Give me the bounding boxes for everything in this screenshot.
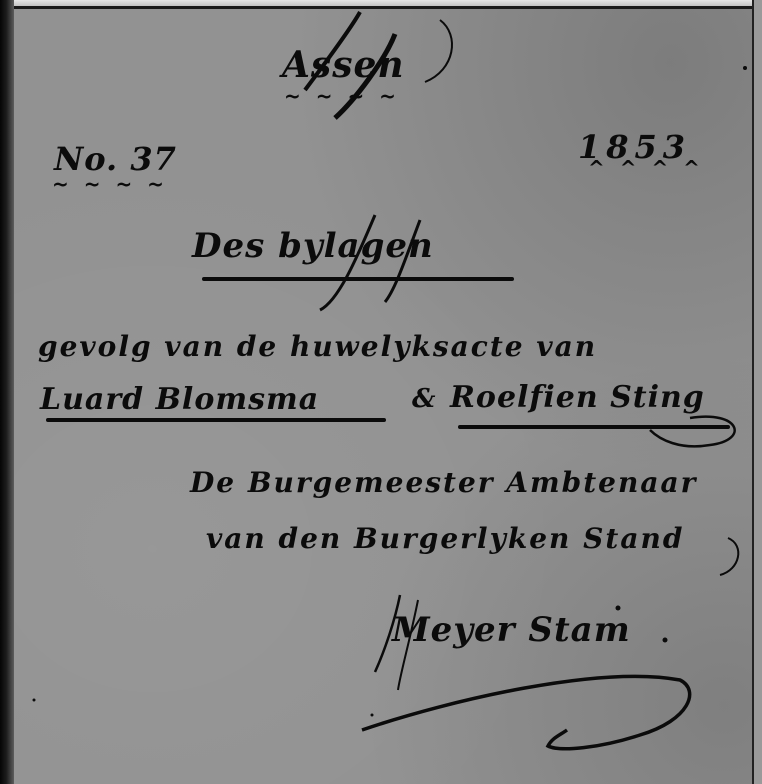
- pen-flourishes: [0, 0, 762, 784]
- document-scan: Assen ~ ~ ~ ~ No. 37 ~ ~ ~ ~ 1853 ^ ^ ^ …: [0, 0, 762, 784]
